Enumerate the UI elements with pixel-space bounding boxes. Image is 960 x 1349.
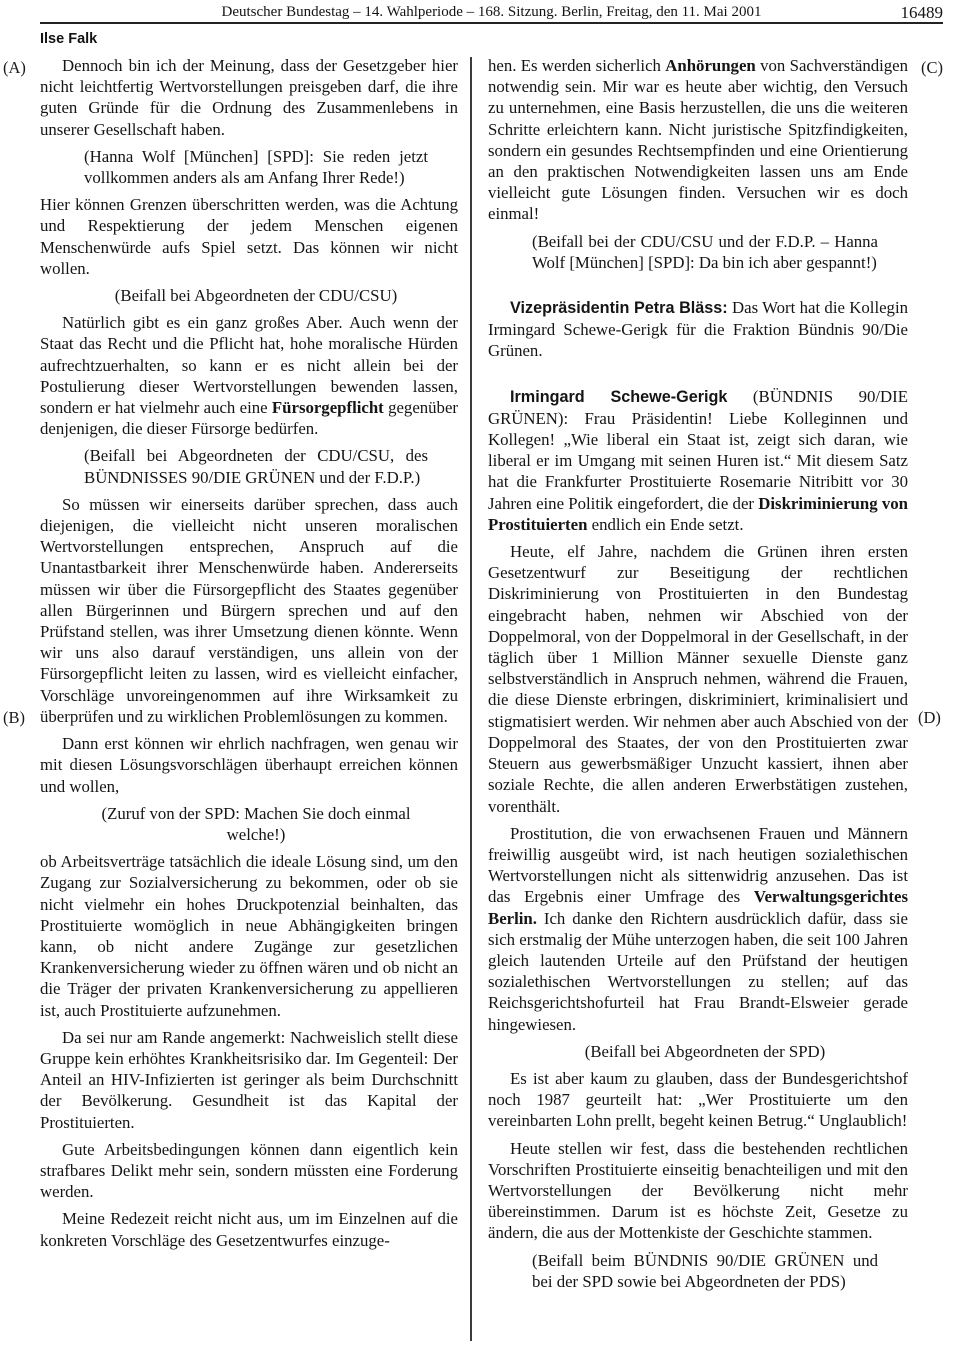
margin-marker-d: (D): [918, 708, 941, 728]
page-header: Deutscher Bundestag – 14. Wahlperiode – …: [40, 4, 943, 22]
speech-paragraph: So müssen wir einerseits darüber spreche…: [40, 488, 458, 727]
speech-paragraph: Heute, elf Jahre, nachdem die Grünen ihr…: [488, 535, 908, 817]
speech-paragraph: Dennoch bin ich der Meinung, dass der Ge…: [40, 55, 458, 140]
text-segment: Hier können Grenzen überschritten werden…: [40, 195, 458, 278]
interjection: (Beifall bei Abgeordneten der SPD): [488, 1035, 908, 1062]
text-segment: Ich danke den Richtern ausdrücklich dafü…: [488, 909, 908, 1034]
margin-marker-b: (B): [3, 708, 25, 728]
text-segment: Dann erst können wir ehrlich nachfragen,…: [40, 734, 458, 795]
speech-paragraph: Da sei nur am Rande angemerkt: Nachweisl…: [40, 1021, 458, 1133]
interjection: (Beifall beim BÜNDNIS 90/DIE GRÜNEN und …: [488, 1244, 908, 1292]
text-segment: Meine Redezeit reicht nicht aus, um im E…: [40, 1209, 458, 1249]
speaker-paragraph: Irmingard Schewe-Gerigk (BÜNDNIS 90/DIE …: [488, 362, 908, 535]
interjection: (Beifall bei der CDU/CSU und der F.D.P. …: [488, 225, 908, 273]
emphasized-text: Vizepräsidentin Petra Bläss:: [510, 299, 728, 317]
left-column: Dennoch bin ich der Meinung, dass der Ge…: [40, 55, 458, 1251]
text-segment: Dennoch bin ich der Meinung, dass der Ge…: [40, 56, 458, 139]
page-header-title: Deutscher Bundestag – 14. Wahlperiode – …: [222, 4, 762, 20]
speech-paragraph: Gute Arbeitsbedingungen können dann eige…: [40, 1133, 458, 1203]
interjection: (Beifall bei Abgeordneten der CDU/CSU): [40, 279, 458, 306]
speech-paragraph: hen. Es werden sicherlich Anhörungen von…: [488, 55, 908, 225]
text-segment: Gute Arbeitsbedingungen können dann eige…: [40, 1140, 458, 1201]
running-speaker-label: Ilse Falk: [40, 31, 97, 47]
text-segment: Es ist aber kaum zu glauben, dass der Bu…: [488, 1069, 908, 1130]
column-divider: [470, 57, 472, 1341]
header-rule: [40, 22, 943, 24]
emphasized-text: Anhörungen: [665, 56, 755, 75]
emphasized-text: Fürsorgepflicht: [272, 398, 384, 417]
margin-marker-c: (C): [921, 58, 943, 78]
speech-paragraph: ob Arbeitsverträge tatsächlich die ideal…: [40, 845, 458, 1021]
interjection: (Hanna Wolf [München] [SPD]: Sie reden j…: [40, 140, 458, 188]
speech-paragraph: Natürlich gibt es ein ganz großes Aber. …: [40, 306, 458, 439]
speech-paragraph: Dann erst können wir ehrlich nachfragen,…: [40, 727, 458, 797]
right-column: hen. Es werden sicherlich Anhörungen von…: [488, 55, 908, 1292]
text-segment: (Beifall bei Abgeordneten der CDU/CSU, d…: [84, 446, 428, 486]
text-segment: Heute, elf Jahre, nachdem die Grünen ihr…: [488, 542, 908, 815]
speech-paragraph: Meine Redezeit reicht nicht aus, um im E…: [40, 1202, 458, 1250]
text-segment: (Hanna Wolf [München] [SPD]: Sie reden j…: [84, 147, 428, 187]
text-segment: (Beifall bei der CDU/CSU und der F.D.P. …: [532, 232, 878, 272]
speech-paragraph: Heute stellen wir fest, dass die bestehe…: [488, 1132, 908, 1244]
speech-paragraph: Hier können Grenzen überschritten werden…: [40, 188, 458, 279]
text-segment: So müssen wir einerseits darüber spreche…: [40, 495, 458, 726]
text-segment: ob Arbeitsverträge tatsächlich die ideal…: [40, 852, 458, 1019]
speech-paragraph: Es ist aber kaum zu glauben, dass der Bu…: [488, 1062, 908, 1132]
text-segment: hen. Es werden sicherlich: [488, 56, 665, 75]
speech-paragraph: Prostitution, die von erwachsenen Frauen…: [488, 817, 908, 1035]
text-segment: (Zuruf von der SPD: Machen Sie doch einm…: [102, 804, 411, 844]
margin-marker-a: (A): [3, 58, 26, 78]
emphasized-text: Irmingard Schewe-Gerigk: [510, 388, 727, 406]
text-segment: Heute stellen wir fest, dass die bestehe…: [488, 1139, 908, 1243]
page-number: 16489: [901, 3, 944, 23]
protocol-page: Deutscher Bundestag – 14. Wahlperiode – …: [0, 0, 960, 1349]
interjection: (Beifall bei Abgeordneten der CDU/CSU, d…: [40, 439, 458, 487]
text-segment: von Sachverständigen notwendig sein. Mir…: [488, 56, 908, 223]
text-segment: (Beifall bei Abgeordneten der CDU/CSU): [115, 286, 397, 305]
interjection: (Zuruf von der SPD: Machen Sie doch einm…: [40, 797, 458, 845]
speaker-paragraph: Vizepräsidentin Petra Bläss: Das Wort ha…: [488, 273, 908, 362]
text-segment: Da sei nur am Rande angemerkt: Nachweisl…: [40, 1028, 458, 1132]
text-segment: (Beifall bei Abgeordneten der SPD): [585, 1042, 825, 1061]
text-segment: endlich ein Ende setzt.: [587, 515, 743, 534]
text-segment: (Beifall beim BÜNDNIS 90/DIE GRÜNEN und …: [532, 1251, 878, 1291]
